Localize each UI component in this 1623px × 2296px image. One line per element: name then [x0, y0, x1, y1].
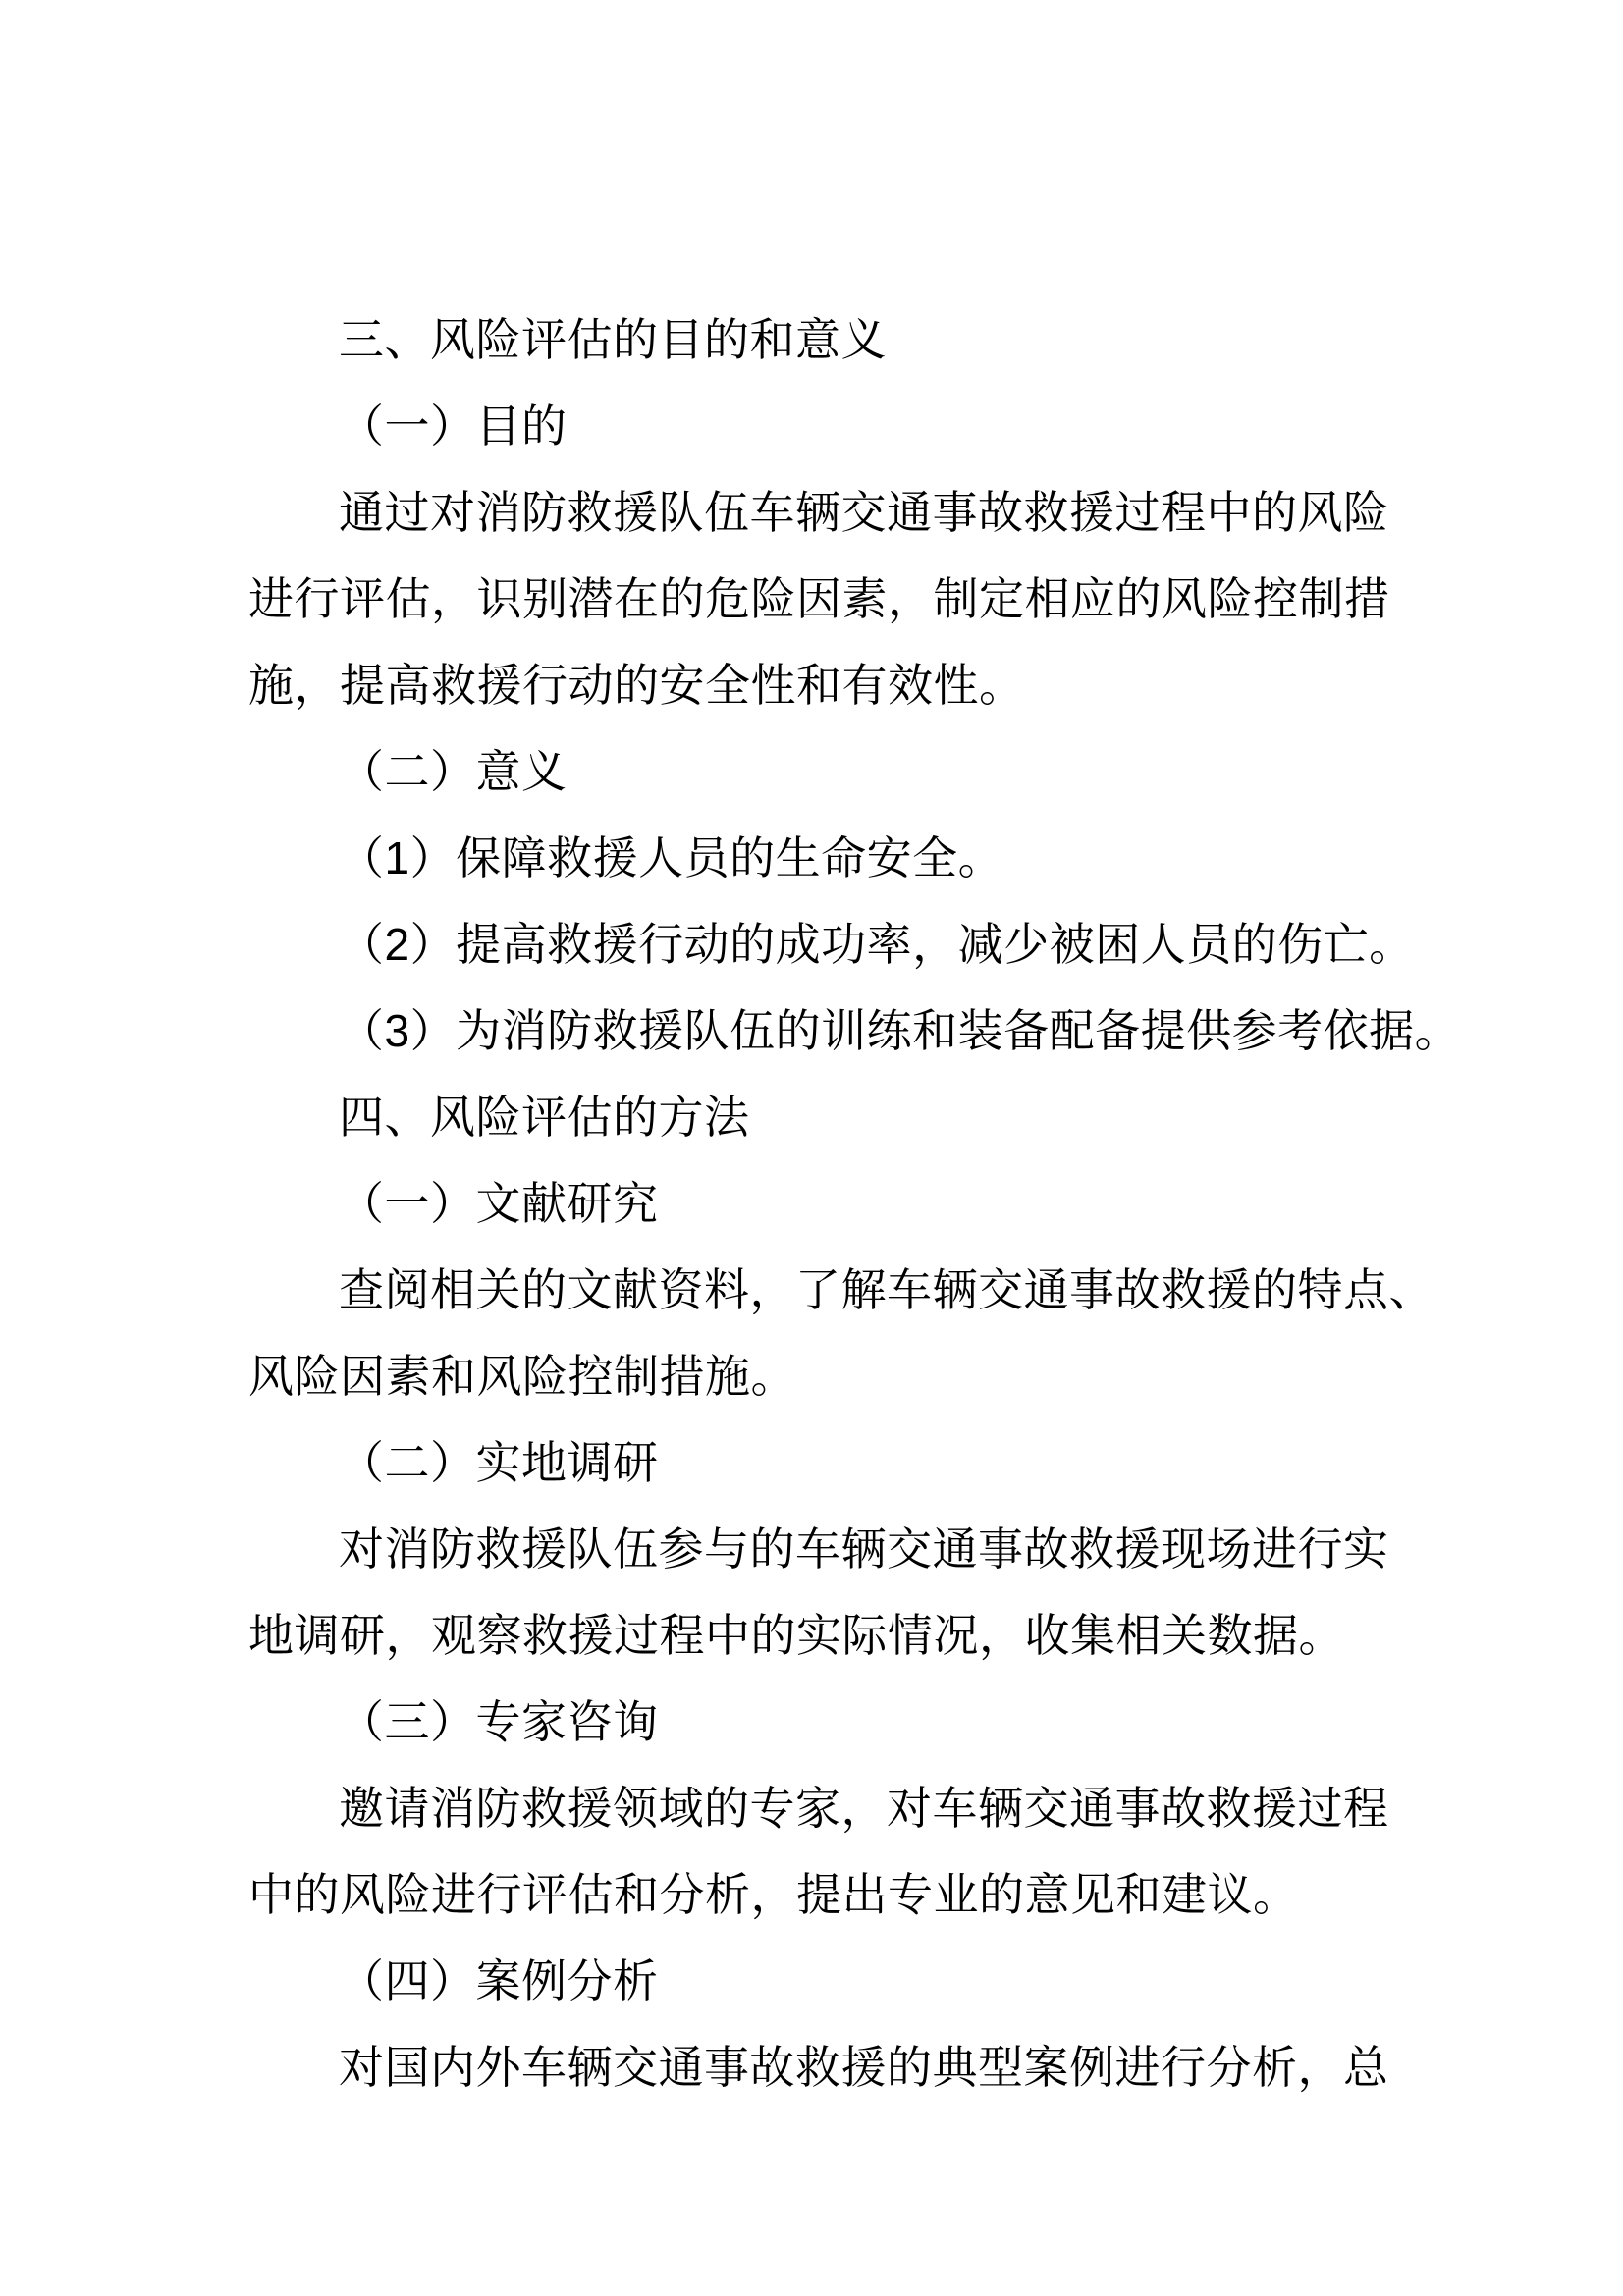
text-line: 风险因素和风险控制措施。: [248, 1333, 1397, 1419]
text-line: （3）为消防救援队伍的训练和装备配备提供参考依据。: [248, 988, 1397, 1074]
text-line: 中的风险进行评估和分析，提出专业的意见和建议。: [248, 1851, 1397, 1938]
document-page: 三、风险评估的目的和意义（一）目的通过对消防救援队伍车辆交通事故救援过程中的风险…: [0, 0, 1623, 2296]
text-line: （四）案例分析: [248, 1938, 1397, 2024]
text-line: 邀请消防救援领域的专家，对车辆交通事故救援过程: [248, 1765, 1397, 1851]
text-line: 施，提高救援行动的安全性和有效性。: [248, 642, 1397, 728]
text-line: 查阅相关的文献资料，了解车辆交通事故救援的特点、: [248, 1247, 1397, 1333]
text-line: 通过对消防救援队伍车辆交通事故救援过程中的风险: [248, 469, 1397, 556]
text-line: 四、风险评估的方法: [248, 1074, 1397, 1160]
text-line: 地调研，观察救援过程中的实际情况，收集相关数据。: [248, 1592, 1397, 1679]
text-line: 对消防救援队伍参与的车辆交通事故救援现场进行实: [248, 1506, 1397, 1592]
document-text-block: 三、风险评估的目的和意义（一）目的通过对消防救援队伍车辆交通事故救援过程中的风险…: [248, 296, 1397, 2110]
text-line: （二）意义: [248, 728, 1397, 815]
text-line: 三、风险评估的目的和意义: [248, 296, 1397, 383]
text-line: （1）保障救援人员的生命安全。: [248, 815, 1397, 901]
text-line: （二）实地调研: [248, 1419, 1397, 1506]
text-line: 对国内外车辆交通事故救援的典型案例进行分析，总: [248, 2024, 1397, 2110]
text-line: （三）专家咨询: [248, 1679, 1397, 1765]
text-line: （一）文献研究: [248, 1160, 1397, 1247]
text-line: 进行评估，识别潜在的危险因素，制定相应的风险控制措: [248, 556, 1397, 642]
text-line: （2）提高救援行动的成功率，减少被困人员的伤亡。: [248, 901, 1397, 988]
text-line: （一）目的: [248, 383, 1397, 469]
